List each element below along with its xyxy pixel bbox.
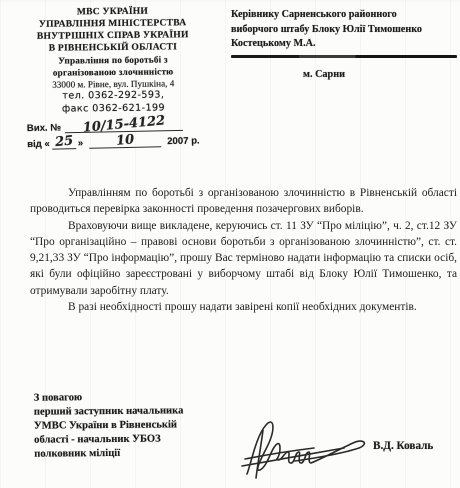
- letterhead-fax: факс 0362-621-199: [6, 101, 220, 116]
- signer-title-line: УМВС України в Рівненській: [34, 418, 184, 433]
- signer-name: В.Д. Коваль: [373, 440, 433, 452]
- signature-block: З повагою перший заступник начальника УМ…: [34, 390, 184, 461]
- recipient-line: виборчого штабу Блоку Юлії Тимошенко: [231, 23, 457, 38]
- recipient-underline: [231, 55, 457, 58]
- recipient-city: м. Сарни: [231, 68, 457, 83]
- outgoing-number-label: Вих. №: [27, 122, 61, 134]
- date-year: 2007 р.: [167, 135, 200, 147]
- body-paragraph: Управлінням по боротьбі з організованою …: [30, 185, 457, 218]
- date-label: від «: [27, 139, 50, 150]
- recipient-block: Керівнику Сарненського районного виборчо…: [231, 8, 457, 82]
- body-paragraph: В разі необхідності прошу надати завірен…: [30, 299, 457, 315]
- signer-title-line: перший заступник начальника: [34, 404, 184, 419]
- body-paragraph: Враховуючи вище викладене, керуючись ст.…: [30, 218, 457, 299]
- closing-line: З повагою: [34, 390, 184, 405]
- signer-title-line: області - начальник УБОЗ: [34, 432, 184, 447]
- letterhead-block: МВС УКРАЇНИ УПРАВЛІННЯ МІНІСТЕРСТВА ВНУТ…: [5, 5, 220, 116]
- date-month-blank: 10: [89, 134, 161, 149]
- ministry-line: ВНУТРІШНІХ СПРАВ УКРАЇНИ: [6, 29, 220, 43]
- recipient-line: Костецькому М.А.: [231, 37, 457, 52]
- signer-title-line: полковник міліції: [34, 446, 184, 461]
- recipient-line: Керівнику Сарненського районного: [231, 8, 457, 23]
- date-day-blank: 25: [52, 136, 76, 149]
- outgoing-number-handwritten: 10/15-4122: [82, 115, 165, 133]
- outgoing-number-blank: 10/15-4122: [65, 118, 183, 133]
- letter-body: Управлінням по боротьбі з організованою …: [30, 185, 457, 315]
- handwritten-signature-icon: [240, 400, 372, 486]
- scanned-letter-page: МВС УКРАЇНИ УПРАВЛІННЯ МІНІСТЕРСТВА ВНУТ…: [0, 0, 460, 488]
- date-day-handwritten: 25: [54, 136, 73, 149]
- date-quote-close: »: [78, 138, 84, 149]
- reference-block: Вих. № 10/15-4122 від «25» 10 2007 р.: [27, 117, 228, 153]
- date-month-handwritten: 10: [116, 134, 135, 147]
